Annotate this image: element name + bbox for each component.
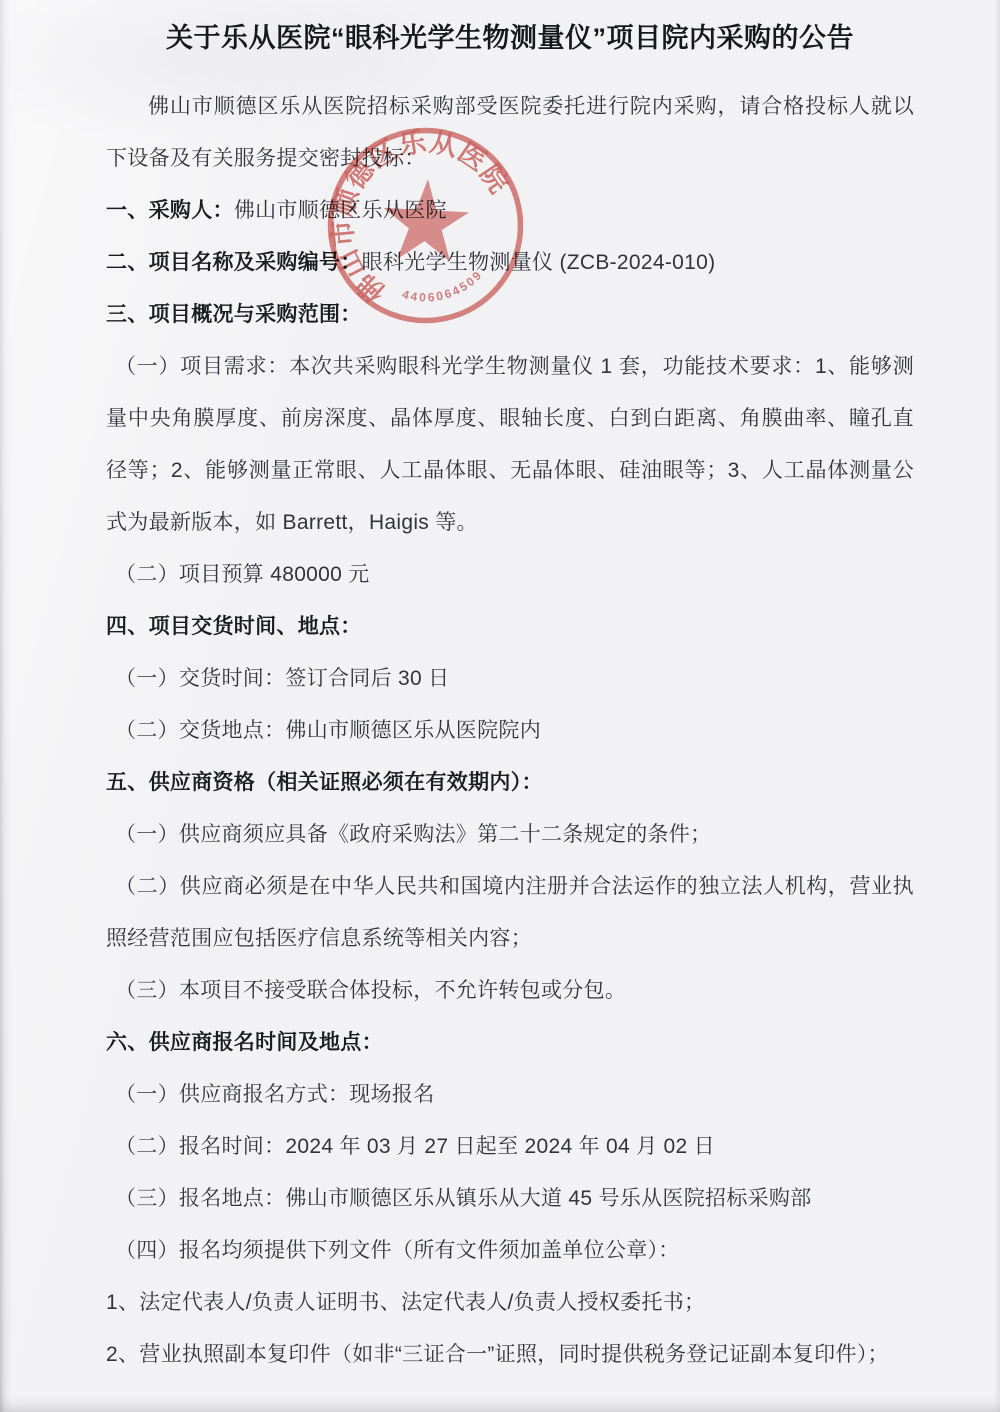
section-supplier-qualification-heading: 五、供应商资格（相关证照必须在有效期内）：	[106, 757, 914, 809]
qualification-item-2: （二）供应商必须是在中华人民共和国境内注册并合法运作的独立法人机构，营业执照经营…	[106, 861, 914, 965]
project-requirements: （一）项目需求：本次共采购眼科光学生物测量仪 1 套，功能技术要求：1、能够测量…	[106, 341, 914, 549]
document-item-2: 2、营业执照副本复印件（如非“三证合一”证照，同时提供税务登记证副本复印件）；	[106, 1329, 914, 1381]
section-delivery-heading: 四、项目交货时间、地点：	[106, 601, 914, 653]
section-registration-heading: 六、供应商报名时间及地点：	[106, 1017, 914, 1069]
registration-place: （三）报名地点：佛山市顺德区乐从镇乐从大道 45 号乐从医院招标采购部	[106, 1173, 914, 1225]
section-label: 二、项目名称及采购编号：	[106, 251, 362, 274]
intro-paragraph: 佛山市顺德区乐从医院招标采购部受医院委托进行院内采购，请合格投标人就以下设备及有…	[106, 81, 914, 185]
qualification-item-3: （三）本项目不接受联合体投标，不允许转包或分包。	[106, 965, 914, 1017]
document-item-1: 1、法定代表人/负责人证明书、法定代表人/负责人授权委托书；	[106, 1277, 914, 1329]
section-project-name: 二、项目名称及采购编号：眼科光学生物测量仪 (ZCB-2024-010)	[106, 237, 914, 289]
section-purchaser: 一、采购人：佛山市顺德区乐从医院	[106, 185, 914, 237]
announcement-page: 关于乐从医院“眼科光学生物测量仪”项目院内采购的公告 佛山市顺德区乐从医院招标采…	[0, 0, 1000, 1412]
project-budget: （二）项目预算 480000 元	[106, 549, 914, 601]
page-title: 关于乐从医院“眼科光学生物测量仪”项目院内采购的公告	[106, 16, 914, 60]
section-label: 一、采购人：	[106, 199, 234, 222]
section-value: 佛山市顺德区乐从医院	[234, 199, 447, 222]
section-overview-heading: 三、项目概况与采购范围：	[106, 289, 914, 341]
registration-method: （一）供应商报名方式：现场报名	[106, 1069, 914, 1121]
delivery-place: （二）交货地点：佛山市顺德区乐从医院院内	[106, 705, 914, 757]
qualification-item-1: （一）供应商须应具备《政府采购法》第二十二条规定的条件；	[106, 809, 914, 861]
registration-time: （二）报名时间：2024 年 03 月 27 日起至 2024 年 04 月 0…	[106, 1121, 914, 1173]
delivery-time: （一）交货时间：签订合同后 30 日	[106, 653, 914, 705]
registration-documents-heading: （四）报名均须提供下列文件（所有文件须加盖单位公章）：	[106, 1225, 914, 1277]
section-value: 眼科光学生物测量仪 (ZCB-2024-010)	[362, 251, 716, 274]
